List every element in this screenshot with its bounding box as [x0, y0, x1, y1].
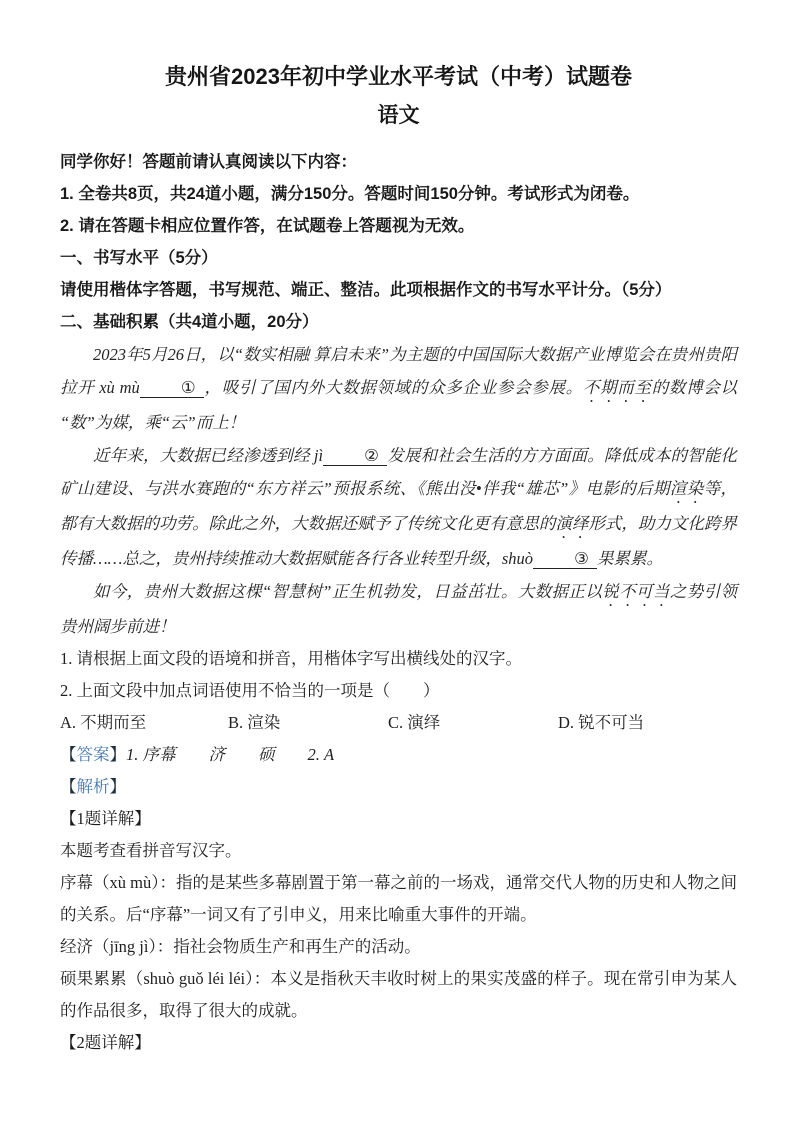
- analysis-line: 【解析】: [60, 771, 737, 803]
- option-d-label: D.: [558, 713, 574, 732]
- fill-blank-1: ①: [140, 379, 204, 398]
- answer-line: 【答案】1. 序幕 济 硕 2. A: [60, 739, 737, 771]
- dotted-word-xuanran: 渲染: [670, 479, 704, 498]
- detail-1-paragraph-1: 本题考查看拼音写汉字。: [60, 835, 737, 867]
- detail-2-heading: 【2题详解】: [60, 1027, 737, 1059]
- option-c-label: C.: [388, 713, 403, 732]
- passage-2-text-e: 果累累。: [597, 549, 663, 568]
- dotted-word-ruibukedang: 锐不可当: [602, 582, 670, 601]
- option-b-text: 渲染: [247, 713, 280, 732]
- notice-item-2: 2. 请在答题卡相应位置作答，在试题卷上答题视为无效。: [60, 210, 737, 242]
- detail-1-paragraph-2: 序幕（xù mù）：指的是某些多幕剧置于第一幕之前的一场戏，通常交代人物的历史和…: [60, 867, 737, 931]
- answer-bracket-close: 】: [110, 745, 127, 764]
- document-subject: 语文: [60, 102, 737, 130]
- detail-1-paragraph-3: 经济（jīng jì）：指社会物质生产和再生产的活动。: [60, 931, 737, 963]
- answer-label: 答案: [77, 745, 110, 764]
- passage-1-text-b: ，吸引了国内外大数据领域的众多企业参会参展。: [204, 378, 583, 397]
- dotted-word-buqierzhi: 不期而至: [583, 378, 652, 397]
- passage-3-text-a: 如今，贵州大数据这棵“智慧树”正生机勃发，日益茁壮。大数据正以: [93, 582, 602, 601]
- option-a-text: 不期而至: [80, 713, 146, 732]
- fill-blank-2: ②: [323, 447, 387, 466]
- option-d: D. 锐不可当: [558, 707, 737, 739]
- passage-2-text-a: 近年来，大数据已经渗透到经 jì: [93, 446, 323, 465]
- option-c: C. 演绎: [388, 707, 558, 739]
- option-a-label: A.: [60, 713, 76, 732]
- question-1: 1. 请根据上面文段的语境和拼音，用楷体字写出横线处的汉字。: [60, 643, 737, 675]
- analysis-bracket-open: 【: [60, 777, 77, 796]
- notice-greeting: 同学你好！答题前请认真阅读以下内容：: [60, 146, 737, 178]
- passage-paragraph-2: 近年来，大数据已经渗透到经 jì②发展和社会生活的方方面面。降低成本的智能化矿山…: [60, 439, 737, 575]
- option-a: A. 不期而至: [60, 707, 228, 739]
- exam-document-page: 贵州省2023年初中学业水平考试（中考）试题卷 语文 同学你好！答题前请认真阅读…: [0, 0, 793, 1122]
- analysis-label: 解析: [77, 777, 110, 796]
- option-c-text: 演绎: [407, 713, 440, 732]
- question-2-options: A. 不期而至 B. 渲染 C. 演绎 D. 锐不可当: [60, 707, 737, 739]
- analysis-bracket-close: 】: [110, 777, 127, 796]
- reading-passage: 2023年5月26日，以“数实相融 算启未来”为主题的中国国际大数据产业博览会在…: [60, 338, 737, 643]
- circled-number-3: ③: [574, 549, 589, 568]
- answer-content: 1. 序幕 济 硕 2. A: [126, 745, 334, 764]
- circled-number-2: ②: [364, 446, 379, 465]
- section-writing-heading: 一、书写水平（5分）: [60, 242, 737, 274]
- detail-1-heading: 【1题详解】: [60, 803, 737, 835]
- section-accumulation-heading: 二、基础积累（共4道小题，20分）: [60, 306, 737, 338]
- detail-1-paragraph-4: 硕果累累（shuò guǒ léi léi）：本义是指秋天丰收时树上的果实茂盛的…: [60, 963, 737, 1027]
- answer-bracket-open: 【: [60, 745, 77, 764]
- document-title: 贵州省2023年初中学业水平考试（中考）试题卷: [60, 62, 737, 92]
- circled-number-1: ①: [181, 378, 196, 397]
- passage-paragraph-3: 如今，贵州大数据这棵“智慧树”正生机勃发，日益茁壮。大数据正以锐不可当之势引领贵…: [60, 575, 737, 643]
- notice-item-1: 1. 全卷共8页，共24道小题，满分150分。答题时间150分钟。考试形式为闭卷…: [60, 178, 737, 210]
- fill-blank-3: ③: [533, 550, 597, 569]
- passage-paragraph-1: 2023年5月26日，以“数实相融 算启未来”为主题的中国国际大数据产业博览会在…: [60, 338, 737, 439]
- question-2: 2. 上面文段中加点词语使用不恰当的一项是（ ）: [60, 675, 737, 707]
- option-b-label: B.: [228, 713, 243, 732]
- section-writing-instruction: 请使用楷体字答题，书写规范、端正、整洁。此项根据作文的书写水平计分。（5分）: [60, 274, 737, 306]
- dotted-word-yanyi: 演绎: [555, 514, 588, 533]
- option-d-text: 锐不可当: [578, 713, 644, 732]
- option-b: B. 渲染: [228, 707, 388, 739]
